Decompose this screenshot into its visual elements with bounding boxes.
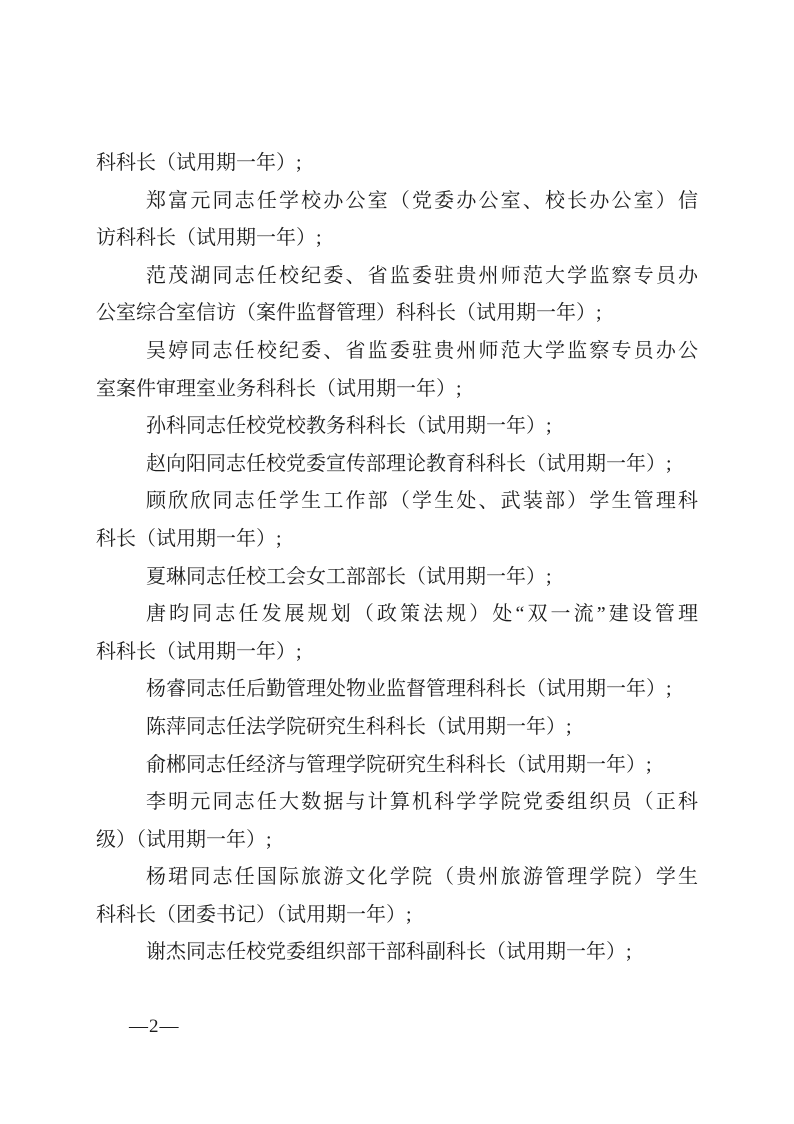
text-line: 陈萍同志任法学院研究生科科长（试用期一年）; bbox=[96, 709, 698, 747]
text-line: 科科长（团委书记）（试用期一年）; bbox=[96, 897, 698, 935]
document-body: 科科长（试用期一年）;郑富元同志任学校办公室（党委办公室、校长办公室）信访科科长… bbox=[96, 145, 698, 972]
text-line: 唐昀同志任发展规划（政策法规）处“双一流”建设管理 bbox=[96, 596, 698, 634]
text-line: 顾欣欣同志任学生工作部（学生处、武装部）学生管理科 bbox=[96, 483, 698, 521]
page-number: —2— bbox=[129, 1015, 180, 1039]
text-line: 室案件审理室业务科科长（试用期一年）; bbox=[96, 371, 698, 409]
text-line: 俞郴同志任经济与管理学院研究生科科长（试用期一年）; bbox=[96, 747, 698, 785]
text-line: 级）（试用期一年）; bbox=[96, 822, 698, 860]
text-line: 谢杰同志任校党委组织部干部科副科长（试用期一年）; bbox=[96, 934, 698, 972]
text-line: 公室综合室信访（案件监督管理）科科长（试用期一年）; bbox=[96, 295, 698, 333]
text-line: 郑富元同志任学校办公室（党委办公室、校长办公室）信 bbox=[96, 183, 698, 221]
text-line: 杨睿同志任后勤管理处物业监督管理科科长（试用期一年）; bbox=[96, 671, 698, 709]
text-line: 科科长（试用期一年）; bbox=[96, 145, 698, 183]
text-line: 范茂湖同志任校纪委、省监委驻贵州师范大学监察专员办 bbox=[96, 258, 698, 296]
text-line: 夏琳同志任校工会女工部部长（试用期一年）; bbox=[96, 559, 698, 597]
text-line: 赵向阳同志任校党委宣传部理论教育科科长（试用期一年）; bbox=[96, 446, 698, 484]
document-page: 科科长（试用期一年）;郑富元同志任学校办公室（党委办公室、校长办公室）信访科科长… bbox=[0, 0, 794, 1124]
text-line: 杨珺同志任国际旅游文化学院（贵州旅游管理学院）学生 bbox=[96, 859, 698, 897]
text-line: 吴婷同志任校纪委、省监委驻贵州师范大学监察专员办公 bbox=[96, 333, 698, 371]
text-line: 孙科同志任校党校教务科科长（试用期一年）; bbox=[96, 408, 698, 446]
text-line: 访科科长（试用期一年）; bbox=[96, 220, 698, 258]
text-line: 李明元同志任大数据与计算机科学学院党委组织员（正科 bbox=[96, 784, 698, 822]
text-line: 科长（试用期一年）; bbox=[96, 521, 698, 559]
text-line: 科科长（试用期一年）; bbox=[96, 634, 698, 672]
